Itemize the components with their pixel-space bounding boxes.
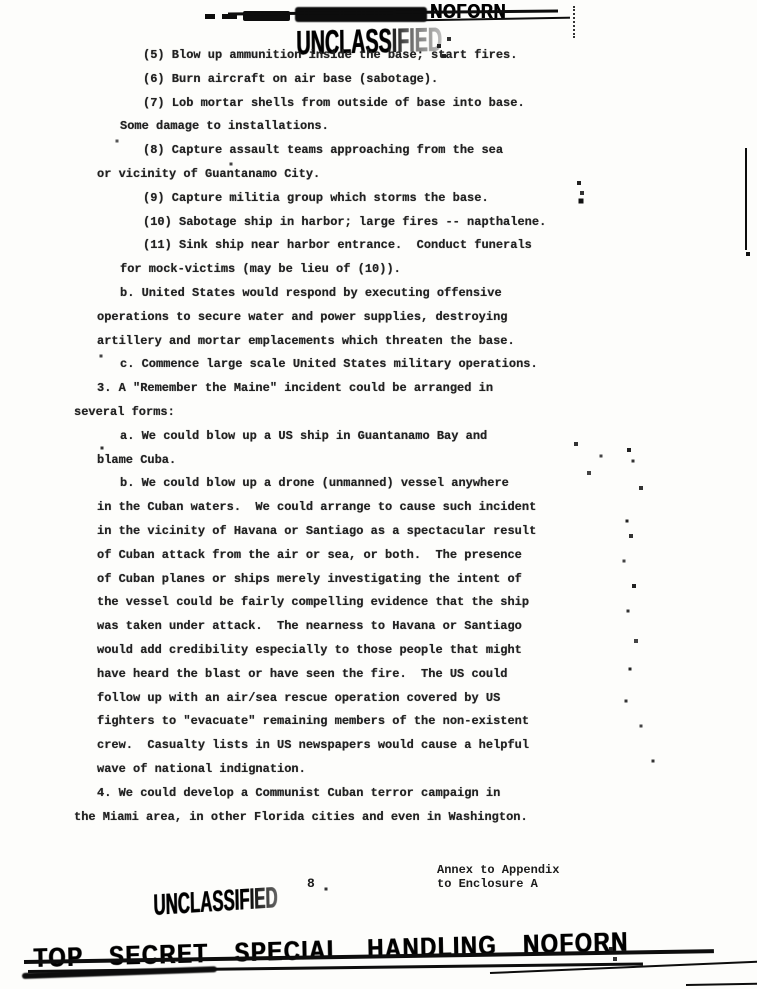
text-line: have heard the blast or have seen the fi… bbox=[97, 663, 757, 687]
scan-artifact-line bbox=[745, 148, 747, 250]
scan-noise bbox=[0, 0, 2, 2]
text-line: (7) Lob mortar shells from outside of ba… bbox=[143, 92, 757, 116]
text-line: b. United States would respond by execut… bbox=[120, 282, 757, 306]
text-line: c. Commence large scale United States mi… bbox=[120, 353, 757, 377]
text-line: a. We could blow up a US ship in Guantan… bbox=[120, 425, 757, 449]
body-text: (5) Blow up ammunition inside the base; … bbox=[0, 44, 757, 829]
scanned-document-page: NOFORN UNCLASSIFIED (5) Blow up ammuniti… bbox=[0, 0, 757, 989]
text-line: (11) Sink ship near harbor entrance. Con… bbox=[143, 234, 757, 258]
text-line: crew. Casualty lists in US newspapers wo… bbox=[97, 734, 757, 758]
redaction-smear bbox=[205, 14, 215, 19]
text-line: (6) Burn aircraft on air base (sabotage)… bbox=[143, 68, 757, 92]
text-line: (5) Blow up ammunition inside the base; … bbox=[143, 44, 757, 68]
text-line: of Cuban planes or ships merely investig… bbox=[97, 568, 757, 592]
text-line: or vicinity of Guantanamo City. bbox=[97, 163, 757, 187]
text-line: operations to secure water and power sup… bbox=[97, 306, 757, 330]
text-line: for mock-victims (may be lieu of (10)). bbox=[120, 258, 757, 282]
text-line: wave of national indignation. bbox=[97, 758, 757, 782]
text-line: several forms: bbox=[74, 401, 757, 425]
text-line: (10) Sabotage ship in harbor; large fire… bbox=[143, 211, 757, 235]
scan-artifact-line bbox=[686, 983, 757, 986]
text-line: the Miami area, in other Florida cities … bbox=[74, 806, 757, 830]
page-number: 8 bbox=[307, 876, 315, 891]
text-line: fighters to "evacuate" remaining members… bbox=[97, 710, 757, 734]
text-line: 3. A "Remember the Maine" incident could… bbox=[97, 377, 757, 401]
scan-artifact-line bbox=[573, 6, 577, 38]
text-line: (9) Capture militia group which storms t… bbox=[143, 187, 757, 211]
text-line: follow up with an air/sea rescue operati… bbox=[97, 687, 757, 711]
annex-note: Annex to Appendix to Enclosure A bbox=[437, 864, 559, 891]
text-line: in the Cuban waters. We could arrange to… bbox=[97, 496, 757, 520]
text-line: blame Cuba. bbox=[97, 449, 757, 473]
text-line: was taken under attack. The nearness to … bbox=[97, 615, 757, 639]
text-line: would add credibility especially to thos… bbox=[97, 639, 757, 663]
text-line: in the vicinity of Havana or Santiago as… bbox=[97, 520, 757, 544]
text-line: b. We could blow up a drone (unmanned) v… bbox=[120, 472, 757, 496]
unclassified-stamp-bottom: UNCLASSIFIED bbox=[153, 881, 278, 923]
text-line: 4. We could develop a Communist Cuban te… bbox=[97, 782, 757, 806]
text-line: (8) Capture assault teams approaching fr… bbox=[143, 139, 757, 163]
text-line: Some damage to installations. bbox=[120, 115, 757, 139]
text-line: artillery and mortar emplacements which … bbox=[97, 330, 757, 354]
text-line: the vessel could be fairly compelling ev… bbox=[97, 591, 757, 615]
text-line: of Cuban attack from the air or sea, or … bbox=[97, 544, 757, 568]
